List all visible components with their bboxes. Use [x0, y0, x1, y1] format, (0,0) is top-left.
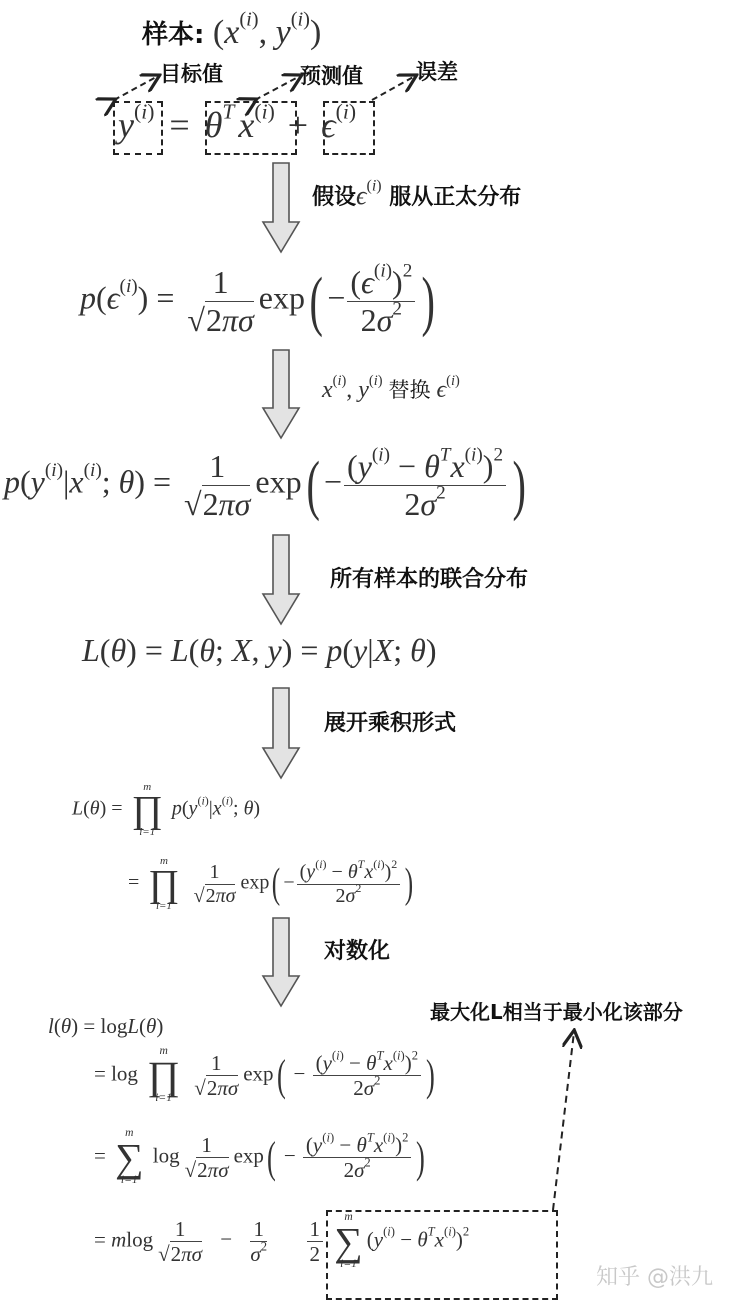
equation-log-1: l(θ) = logL(θ): [48, 1014, 163, 1039]
equation-log-4: = mlog1√2πσ − 1σ2 12 m∑i=1(y(i) − θTx(i)…: [94, 1212, 469, 1271]
watermark: 知乎 @洪九: [596, 1260, 713, 1291]
callout-arrow: [0, 0, 736, 1310]
equation-log-3: = m∑i=1 log1√2πσexp( − (y(i) − θTx(i))22…: [94, 1128, 428, 1187]
equation-log-2: = log m∏i=1 1√2πσexp( − (y(i) − θTx(i))2…: [94, 1046, 438, 1105]
